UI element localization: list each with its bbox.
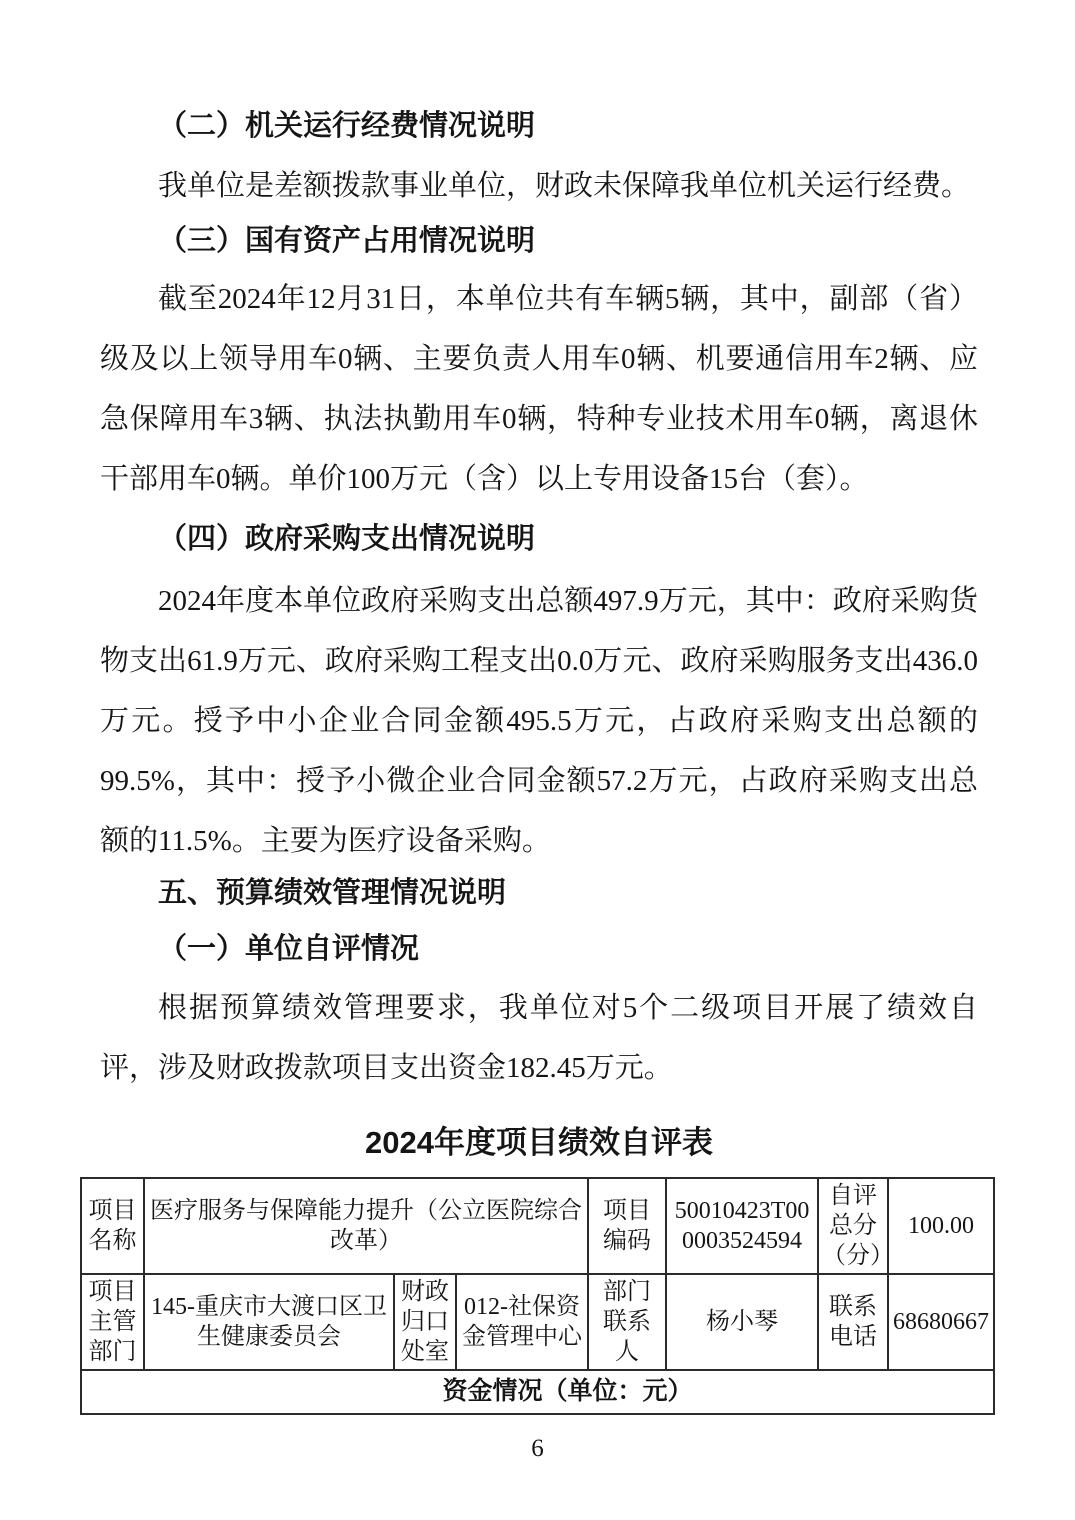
project-name-label-cell: 项目名称 <box>81 1178 144 1274</box>
table-row-project-info: 项目名称 医疗服务与保障能力提升（公立医院综合改革） 项目编码 50010423… <box>81 1178 994 1274</box>
self-score-label-cell: 自评总分（分） <box>818 1178 888 1274</box>
paragraph-gov-procurement: 2024年度本单位政府采购支出总额497.9万元，其中：政府采购货物支出61.9… <box>100 571 978 871</box>
heading-self-evaluation: （一）单位自评情况 <box>100 919 978 979</box>
self-score-cell: 100.00 <box>888 1178 994 1274</box>
heading-state-assets: （三）国有资产占用情况说明 <box>100 211 978 271</box>
heading-gov-procurement: （四）政府采购支出情况说明 <box>100 509 978 569</box>
contact-label-cell: 部门联系人 <box>588 1274 666 1370</box>
phone-cell: 68680667 <box>888 1274 994 1370</box>
heading-agency-operating-funds: （二）机关运行经费情况说明 <box>100 96 978 156</box>
dept-cell: 145-重庆市大渡口区卫生健康委员会 <box>144 1274 394 1370</box>
phone-label-cell: 联系电话 <box>818 1274 888 1370</box>
page-number: 6 <box>0 1432 1075 1466</box>
document-page: { "page": { "number": "6" }, "content": … <box>0 0 1075 1520</box>
paragraph-state-assets: 截至2024年12月31日，本单位共有车辆5辆，其中，副部（省）级及以上领导用车… <box>100 269 978 509</box>
paragraph-agency-operating-funds: 我单位是差额拨款事业单位，财政未保障我单位机关运行经费。 <box>100 156 978 216</box>
finance-office-cell: 012-社保资金管理中心 <box>456 1274 588 1370</box>
heading-budget-performance: 五、预算绩效管理情况说明 <box>100 863 978 923</box>
funds-header-cell: 资金情况（单位：元） <box>81 1370 994 1414</box>
finance-office-label-cell: 财政归口处室 <box>394 1274 456 1370</box>
contact-cell: 杨小琴 <box>666 1274 818 1370</box>
project-name-cell: 医疗服务与保障能力提升（公立医院综合改革） <box>144 1178 588 1274</box>
table-row-funds-header: 资金情况（单位：元） <box>81 1370 994 1414</box>
self-eval-table-title: 2024年度项目绩效自评表 <box>100 1122 978 1164</box>
project-code-label-cell: 项目编码 <box>588 1178 666 1274</box>
paragraph-self-evaluation: 根据预算绩效管理要求，我单位对5个二级项目开展了绩效自评，涉及财政拨款项目支出资… <box>100 978 978 1098</box>
project-code-cell: 50010423T000003524594 <box>666 1178 818 1274</box>
table-row-dept-info: 项目主管部门 145-重庆市大渡口区卫生健康委员会 财政归口处室 012-社保资… <box>81 1274 994 1370</box>
dept-label-cell: 项目主管部门 <box>81 1274 144 1370</box>
self-eval-table: 项目名称 医疗服务与保障能力提升（公立医院综合改革） 项目编码 50010423… <box>80 1177 995 1415</box>
